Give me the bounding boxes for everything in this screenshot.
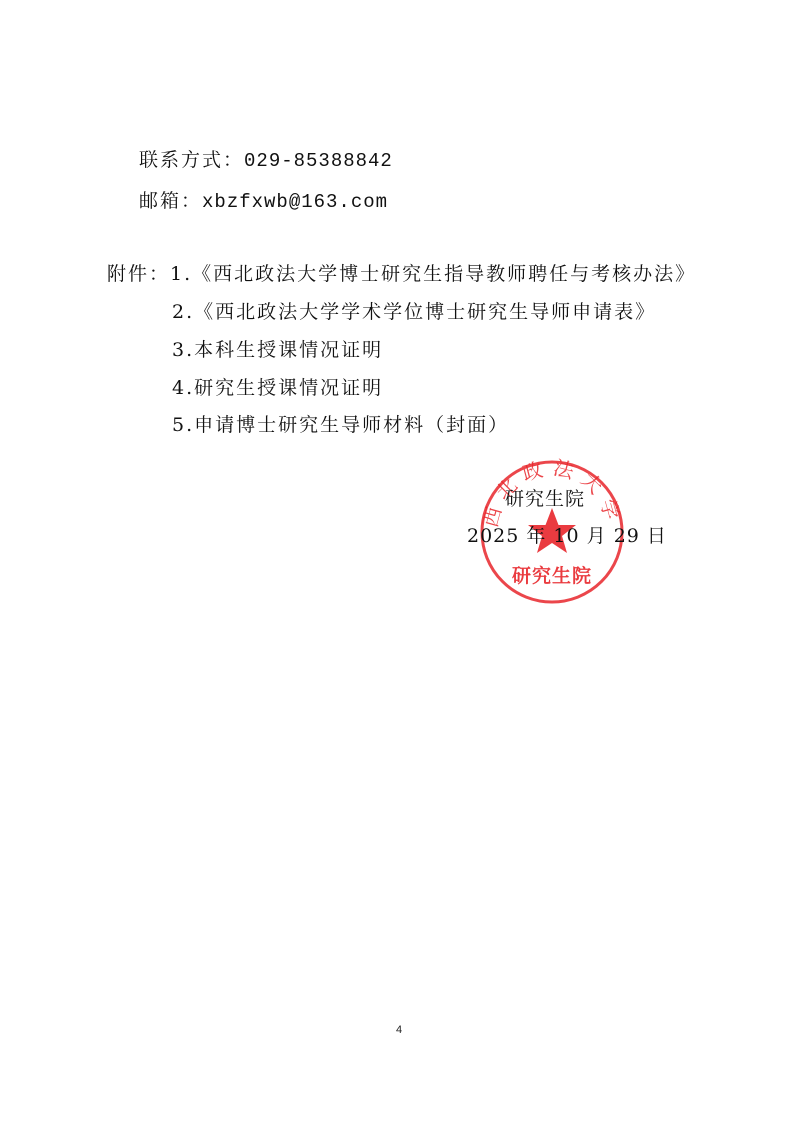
attachment-number: 4. bbox=[172, 377, 194, 399]
email-label: 邮箱： bbox=[139, 190, 202, 212]
attachment-number: 2. bbox=[172, 301, 194, 323]
attachment-number: 1. bbox=[170, 263, 192, 285]
attachment-title: 申请博士研究生导师材料（封面） bbox=[194, 414, 509, 436]
attachment-item-3: 3.本科生授课情况证明 bbox=[172, 338, 383, 362]
seal-bottom-text: 研究生院 bbox=[512, 564, 592, 587]
signature-organization: 研究生院 bbox=[505, 487, 585, 511]
attachment-item-4: 4.研究生授课情况证明 bbox=[172, 376, 383, 400]
email-value: xbzfxwb@163.com bbox=[202, 191, 388, 213]
contact-phone-line: 联系方式：029-85388842 bbox=[139, 148, 393, 173]
attachment-title: 研究生授课情况证明 bbox=[194, 377, 383, 399]
attachment-title: 《西北政法大学学术学位博士研究生导师申请表》 bbox=[194, 301, 656, 323]
attachment-title: 本科生授课情况证明 bbox=[194, 339, 383, 361]
attachment-number: 3. bbox=[172, 339, 194, 361]
attachment-item-1: 附件：1.《西北政法大学博士研究生指导教师聘任与考核办法》 bbox=[107, 262, 696, 286]
attachment-item-5: 5.申请博士研究生导师材料（封面） bbox=[172, 413, 509, 437]
attachment-item-2: 2.《西北政法大学学术学位博士研究生导师申请表》 bbox=[172, 300, 656, 324]
attachment-number: 5. bbox=[172, 414, 194, 436]
attachments-label: 附件： bbox=[107, 263, 170, 285]
page-number: 4 bbox=[396, 1024, 402, 1036]
signature-date: 2025 年 10 月 29 日 bbox=[467, 524, 667, 548]
phone-label: 联系方式： bbox=[139, 149, 244, 171]
attachment-title: 《西北政法大学博士研究生指导教师聘任与考核办法》 bbox=[192, 263, 696, 285]
contact-email-line: 邮箱：xbzfxwb@163.com bbox=[139, 189, 388, 214]
phone-value: 029-85388842 bbox=[244, 150, 393, 172]
